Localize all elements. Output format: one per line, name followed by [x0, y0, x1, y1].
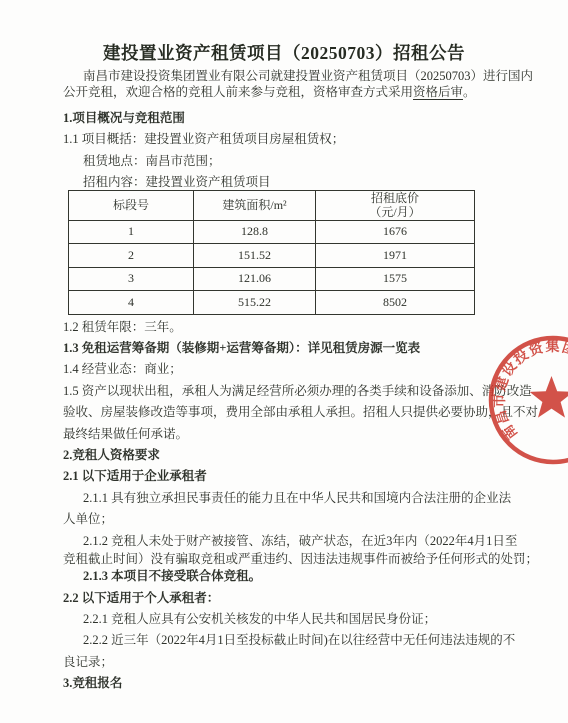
table-cell: 151.52: [194, 244, 316, 268]
doc-line: 人单位；: [63, 509, 505, 530]
table-cell: 515.22: [194, 291, 316, 315]
table-row: 3121.061575: [69, 267, 475, 291]
intro-line-2: 公开竞租，欢迎合格的竞租人前来参与竞租，资格审查方式采用资格后审。: [63, 85, 505, 101]
doc-line: 2.竞租人资格要求: [63, 445, 505, 466]
table-row: 4515.228502: [69, 291, 475, 315]
intro-line-2-pre: 公开竞租，欢迎合格的竞租人前来参与竞租，资格审查方式采用: [63, 85, 413, 99]
lots-table-column-header: 建筑面积/m²: [194, 190, 316, 220]
doc-line: 3.竞租报名: [63, 673, 505, 694]
doc-line: 良记录；: [63, 652, 505, 673]
doc-line: 1.2 租赁年限：三年。: [63, 317, 505, 338]
header-line: 建筑面积/m²: [194, 198, 315, 212]
header-line: （元/月）: [316, 205, 474, 219]
table-cell: 1676: [316, 220, 475, 244]
page-title: 建投置业资产租赁项目（20250703）招租公告: [63, 42, 505, 64]
table-cell: 8502: [316, 291, 475, 315]
intro-line-2-post: 。: [463, 85, 476, 99]
doc-line: 2.2.1 竞租人应具有公安机关核发的中华人民共和国居民身份证；: [63, 609, 505, 630]
table-cell: 1971: [316, 244, 475, 268]
doc-line: 2.1.2 竞租人未处于财产被接管、冻结，破产状态，在近3年内（2022年4月1…: [63, 531, 505, 552]
doc-line: 租赁地点：南昌市范围；: [63, 151, 505, 172]
lots-table-body: 1128.816762151.5219713121.0615754515.228…: [69, 220, 475, 314]
table-cell: 3: [69, 267, 194, 291]
lots-table: 标段号建筑面积/m²招租底价（元/月） 1128.816762151.52197…: [68, 190, 475, 315]
doc-line: 2.2 以下适用于个人承租者：: [63, 588, 505, 609]
scanned-document-page: 建投置业资产租赁项目（20250703）招租公告 南昌市建设投资集团置业有限公司…: [0, 0, 568, 723]
table-cell: 128.8: [194, 220, 316, 244]
table-row: 2151.521971: [69, 244, 475, 268]
intro-line-1: 南昌市建设投资集团置业有限公司就建投置业资产租赁项目（20250703）进行国内: [63, 69, 505, 85]
doc-line: 2.1 以下适用于企业承租者: [63, 466, 505, 487]
table-cell: 4: [69, 291, 194, 315]
doc-line: 2.1.3 本项目不接受联合体竞租。: [63, 566, 505, 587]
lots-table-column-header: 招租底价（元/月）: [316, 190, 475, 220]
table-row: 1128.81676: [69, 220, 475, 244]
table-cell: 1575: [316, 267, 475, 291]
lots-table-header: 标段号建筑面积/m²招租底价（元/月）: [69, 190, 475, 220]
doc-line: 2.1.1 具有独立承担民事责任的能力且在中华人民共和国境内合法注册的企业法: [63, 488, 505, 509]
intro-paragraph: 南昌市建设投资集团置业有限公司就建投置业资产租赁项目（20250703）进行国内…: [63, 69, 505, 100]
document-body: 建投置业资产租赁项目（20250703）招租公告 南昌市建设投资集团置业有限公司…: [0, 0, 568, 695]
doc-line: 1.4 经营业态：商业；: [63, 359, 505, 380]
table-cell: 2: [69, 244, 194, 268]
intro-underlined-term: 资格后审: [413, 85, 463, 100]
table-cell: 1: [69, 220, 194, 244]
header-line: 招租底价: [316, 191, 474, 205]
section-1-lines: 1.项目概况与竞租范围1.1 项目概括：建投置业资产租赁项目房屋租赁权；租赁地点…: [63, 108, 505, 194]
sections-lines: 1.2 租赁年限：三年。1.3 免租运营筹备期（装修期+运营筹备期）：详见租赁房…: [63, 317, 505, 695]
doc-line: 1.3 免租运营筹备期（装修期+运营筹备期）：详见租赁房源一览表: [63, 338, 505, 359]
doc-line: 1.5 资产以现状出租，承租人为满足经营所必须办理的各类手续和设备添加、消防改造: [63, 381, 505, 402]
doc-line: 验收、房屋装修改造等事项，费用全部由承租人承担。招租人只提供必要协助，且不对: [63, 402, 505, 423]
doc-line: 最终结果做任何承诺。: [63, 424, 505, 445]
doc-line: 1.项目概况与竞租范围: [63, 108, 505, 129]
doc-line: 2.2.2 近三年（2022年4月1日至投标截止时间)在以往经营中无任何违法违规…: [63, 630, 505, 651]
doc-line: 1.1 项目概括：建投置业资产租赁项目房屋租赁权；: [63, 129, 505, 150]
table-cell: 121.06: [194, 267, 316, 291]
header-line: 标段号: [69, 198, 193, 212]
lots-table-column-header: 标段号: [69, 190, 194, 220]
doc-line: 竞租截止时间）没有骗取竞租或严重违约、因违法违规事件而被给予任何形式的处罚；: [63, 552, 505, 566]
